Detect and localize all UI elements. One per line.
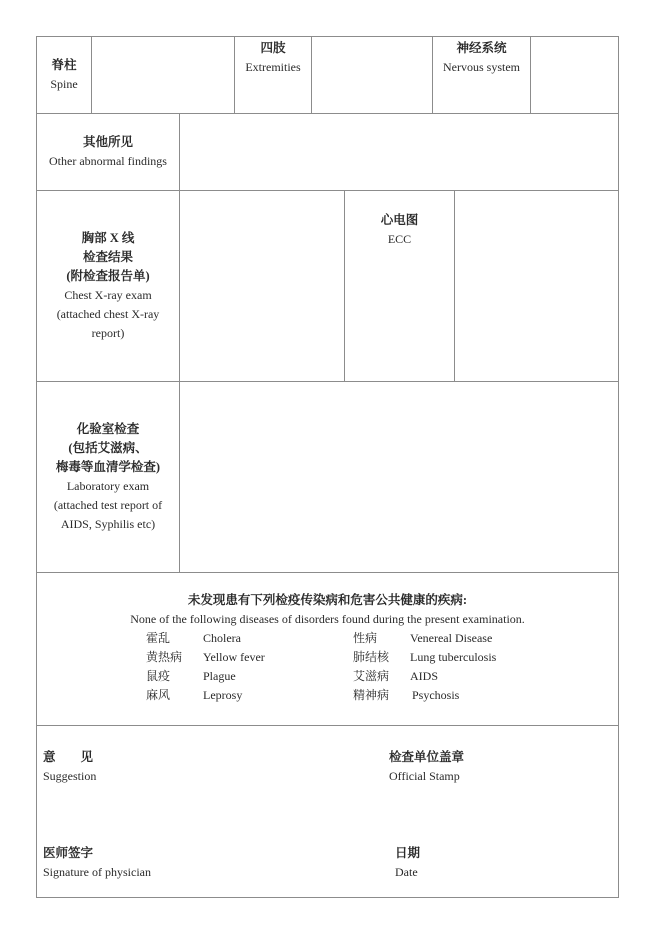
suggestion-label-en: Suggestion [43, 767, 96, 786]
disease-zh: 肺结核 [353, 648, 389, 667]
ecg-input-cell[interactable] [455, 191, 618, 381]
disease-zh: 麻风 [146, 686, 170, 705]
other-findings-label-en: Other abnormal findings [49, 152, 167, 171]
xray-label-cell: 胸部 X 线 检查结果 (附检查报告单) Chest X-ray exam (a… [37, 191, 180, 381]
row-other-findings: 其他所见 Other abnormal findings [37, 114, 618, 191]
xray-label-zh-3: (附检查报告单) [66, 267, 149, 286]
disease-zh: 霍乱 [146, 629, 170, 648]
lab-input-cell[interactable] [180, 382, 618, 572]
spine-label-zh: 脊柱 [51, 56, 76, 75]
lab-label-en-3: AIDS, Syphilis etc) [61, 515, 155, 534]
nervous-label-zh: 神经系统 [456, 39, 506, 58]
disease-en: Venereal Disease [410, 629, 492, 648]
disease-en: Yellow fever [203, 648, 265, 667]
notice-title-zh: 未发现患有下列检疫传染病和危害公共健康的疾病: [37, 591, 618, 610]
medical-exam-form: 脊柱 Spine 四肢 Extremities 神经系统 Nervous sys… [36, 36, 619, 898]
disease-en: Leprosy [203, 686, 242, 705]
extremities-input-cell[interactable] [312, 37, 433, 113]
row-suggestion-signature: 意 见 Suggestion 检查单位盖章 Official Stamp 医师签… [37, 726, 618, 897]
disease-zh: 鼠疫 [146, 667, 170, 686]
lab-label-en-2: (attached test report of [54, 496, 162, 515]
lab-label-zh-1: 化验室检查 [77, 420, 140, 439]
disease-row: 黄热病 Yellow fever 肺结核 Lung tuberculosis [37, 648, 618, 667]
disease-row: 鼠疫 Plague 艾滋病 AIDS [37, 667, 618, 686]
lab-label-cell: 化验室检查 (包括艾滋病、 梅毒等血清学检查) Laboratory exam … [37, 382, 180, 572]
lab-label-zh-3: 梅毒等血清学检查) [56, 458, 160, 477]
ecg-label-zh: 心电图 [381, 211, 419, 230]
disease-zh: 性病 [353, 629, 377, 648]
lab-label-zh-2: (包括艾滋病、 [68, 439, 147, 458]
date-label-zh: 日期 [395, 844, 420, 863]
xray-input-cell[interactable] [180, 191, 345, 381]
disease-en: AIDS [410, 667, 438, 686]
suggestion-label-zh: 意 见 [43, 748, 96, 767]
nervous-label-cell: 神经系统 Nervous system [433, 37, 531, 113]
lab-label-en-1: Laboratory exam [67, 477, 149, 496]
disease-zh: 黄热病 [146, 648, 182, 667]
disease-list: 霍乱 Cholera 性病 Venereal Disease 黄热病 Yello… [37, 629, 618, 705]
stamp-label-zh: 检查单位盖章 [389, 748, 464, 767]
date-label-en: Date [395, 863, 420, 882]
extremities-label-cell: 四肢 Extremities [235, 37, 312, 113]
xray-label-en-2: (attached chest X-ray [57, 305, 160, 324]
xray-label-en-1: Chest X-ray exam [64, 286, 151, 305]
other-findings-label-zh: 其他所见 [83, 133, 133, 152]
notice-subtitle-en: None of the following diseases of disord… [37, 610, 618, 629]
other-findings-label-cell: 其他所见 Other abnormal findings [37, 114, 180, 190]
disease-row: 霍乱 Cholera 性病 Venereal Disease [37, 629, 618, 648]
signature-label-en: Signature of physician [43, 863, 151, 882]
extremities-label-en: Extremities [245, 58, 300, 77]
official-stamp-field[interactable]: 检查单位盖章 Official Stamp [389, 748, 464, 786]
nervous-input-cell[interactable] [531, 37, 618, 113]
xray-label-zh-2: 检查结果 [83, 248, 133, 267]
row-disease-notice: 未发现患有下列检疫传染病和危害公共健康的疾病: None of the foll… [37, 573, 618, 726]
disease-en: Psychosis [412, 686, 459, 705]
ecg-label-en: ECC [388, 230, 411, 249]
suggestion-field[interactable]: 意 见 Suggestion [43, 748, 96, 786]
spine-label-en: Spine [50, 75, 77, 94]
spine-label-cell: 脊柱 Spine [37, 37, 92, 113]
disease-en: Plague [203, 667, 236, 686]
disease-zh: 精神病 [353, 686, 389, 705]
physician-signature-field[interactable]: 医师签字 Signature of physician [43, 844, 151, 882]
row-laboratory: 化验室检查 (包括艾滋病、 梅毒等血清学检查) Laboratory exam … [37, 382, 618, 573]
xray-label-en-3: report) [92, 324, 125, 343]
disease-zh: 艾滋病 [353, 667, 389, 686]
stamp-label-en: Official Stamp [389, 767, 464, 786]
disease-notice: 未发现患有下列检疫传染病和危害公共健康的疾病: None of the foll… [37, 591, 618, 629]
spine-input-cell[interactable] [92, 37, 235, 113]
date-field[interactable]: 日期 Date [395, 844, 420, 882]
extremities-label-zh: 四肢 [260, 39, 285, 58]
ecg-label-cell: 心电图 ECC [345, 191, 455, 381]
other-findings-input-cell[interactable] [180, 114, 618, 190]
xray-label-zh-1: 胸部 X 线 [82, 229, 135, 248]
row-spine-extremities-nervous: 脊柱 Spine 四肢 Extremities 神经系统 Nervous sys… [37, 37, 618, 114]
signature-label-zh: 医师签字 [43, 844, 151, 863]
row-xray-ecg: 胸部 X 线 检查结果 (附检查报告单) Chest X-ray exam (a… [37, 191, 618, 382]
disease-row: 麻风 Leprosy 精神病 Psychosis [37, 686, 618, 705]
disease-en: Lung tuberculosis [410, 648, 496, 667]
disease-en: Cholera [203, 629, 241, 648]
nervous-label-en: Nervous system [443, 58, 520, 77]
